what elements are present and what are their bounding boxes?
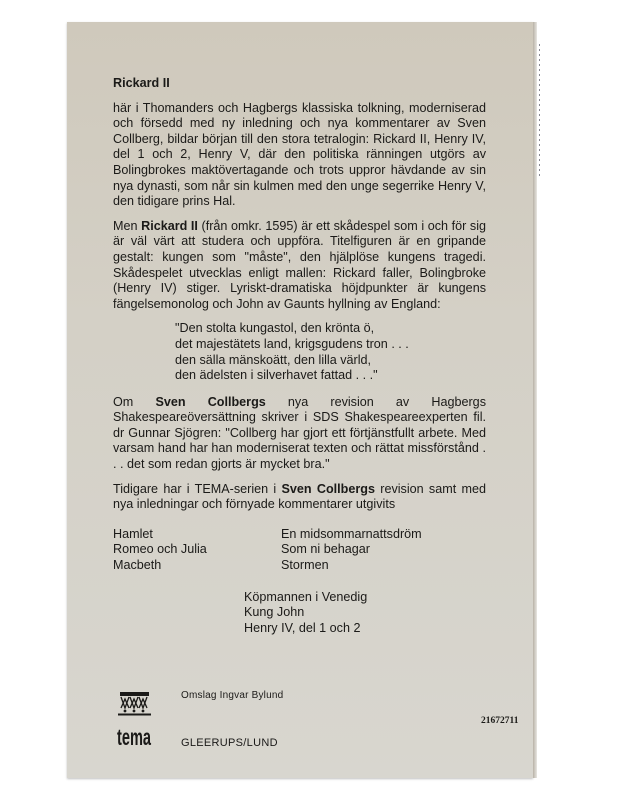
- works-list: Hamlet Romeo och Julia Macbeth En midsom…: [113, 527, 486, 649]
- paragraph-description: Men Rickard II (från omkr. 1595) är ett …: [113, 219, 486, 313]
- work-title: Romeo och Julia: [113, 542, 207, 558]
- publisher: GLEERUPS/LUND: [181, 737, 278, 749]
- text-span: Tidigare har i TEMA-serien i: [113, 482, 282, 496]
- paragraph-series: Tidigare har i TEMA-serien i Sven Collbe…: [113, 482, 486, 513]
- work-title: En midsommarnattsdröm: [281, 527, 422, 543]
- work-title: Macbeth: [113, 558, 207, 574]
- cover-edge: [533, 22, 537, 778]
- work-title: Henry IV, del 1 och 2: [244, 621, 367, 637]
- poem-line: den sälla mänskoätt, den lilla värld,: [175, 353, 486, 369]
- poem-line: den ädelsten i silverhavet fattad . . .": [175, 368, 486, 384]
- poem-line: "Den stolta kungastol, den krönta ö,: [175, 321, 486, 337]
- bold-title: Rickard II: [141, 219, 198, 233]
- work-title: Stormen: [281, 558, 422, 574]
- poem-line: det majestätets land, krigsgudens tron .…: [175, 337, 486, 353]
- text-span: Men: [113, 219, 141, 233]
- works-column-left: Hamlet Romeo och Julia Macbeth: [113, 527, 207, 574]
- works-column-center: Köpmannen i Venedig Kung John Henry IV, …: [244, 590, 367, 637]
- work-title: Kung John: [244, 605, 367, 621]
- bold-author: Sven Collbergs: [155, 395, 265, 409]
- bold-author: Sven Collbergs: [282, 482, 375, 496]
- cover-credit: Omslag Ingvar Bylund: [181, 690, 283, 701]
- spine-text: [539, 44, 540, 179]
- product-code: 21672711: [481, 716, 518, 726]
- paragraph-intro: här i Thomanders och Hagbergs klassiska …: [113, 101, 486, 210]
- text-span: Om: [113, 395, 155, 409]
- work-title: Hamlet: [113, 527, 207, 543]
- works-column-right: En midsommarnattsdröm Som ni behagar Sto…: [281, 527, 422, 574]
- work-title: Köpmannen i Venedig: [244, 590, 367, 606]
- work-title: Som ni behagar: [281, 542, 422, 558]
- poem-quote: "Den stolta kungastol, den krönta ö, det…: [175, 321, 486, 383]
- paragraph-review: Om Sven Collbergs nya revision av Hagber…: [113, 395, 486, 473]
- book-title: Rickard II: [113, 76, 486, 92]
- tema-logo-icon: tema: [116, 690, 152, 748]
- svg-text:tema: tema: [117, 724, 151, 748]
- cover-text: Rickard II här i Thomanders och Hagbergs…: [113, 76, 486, 649]
